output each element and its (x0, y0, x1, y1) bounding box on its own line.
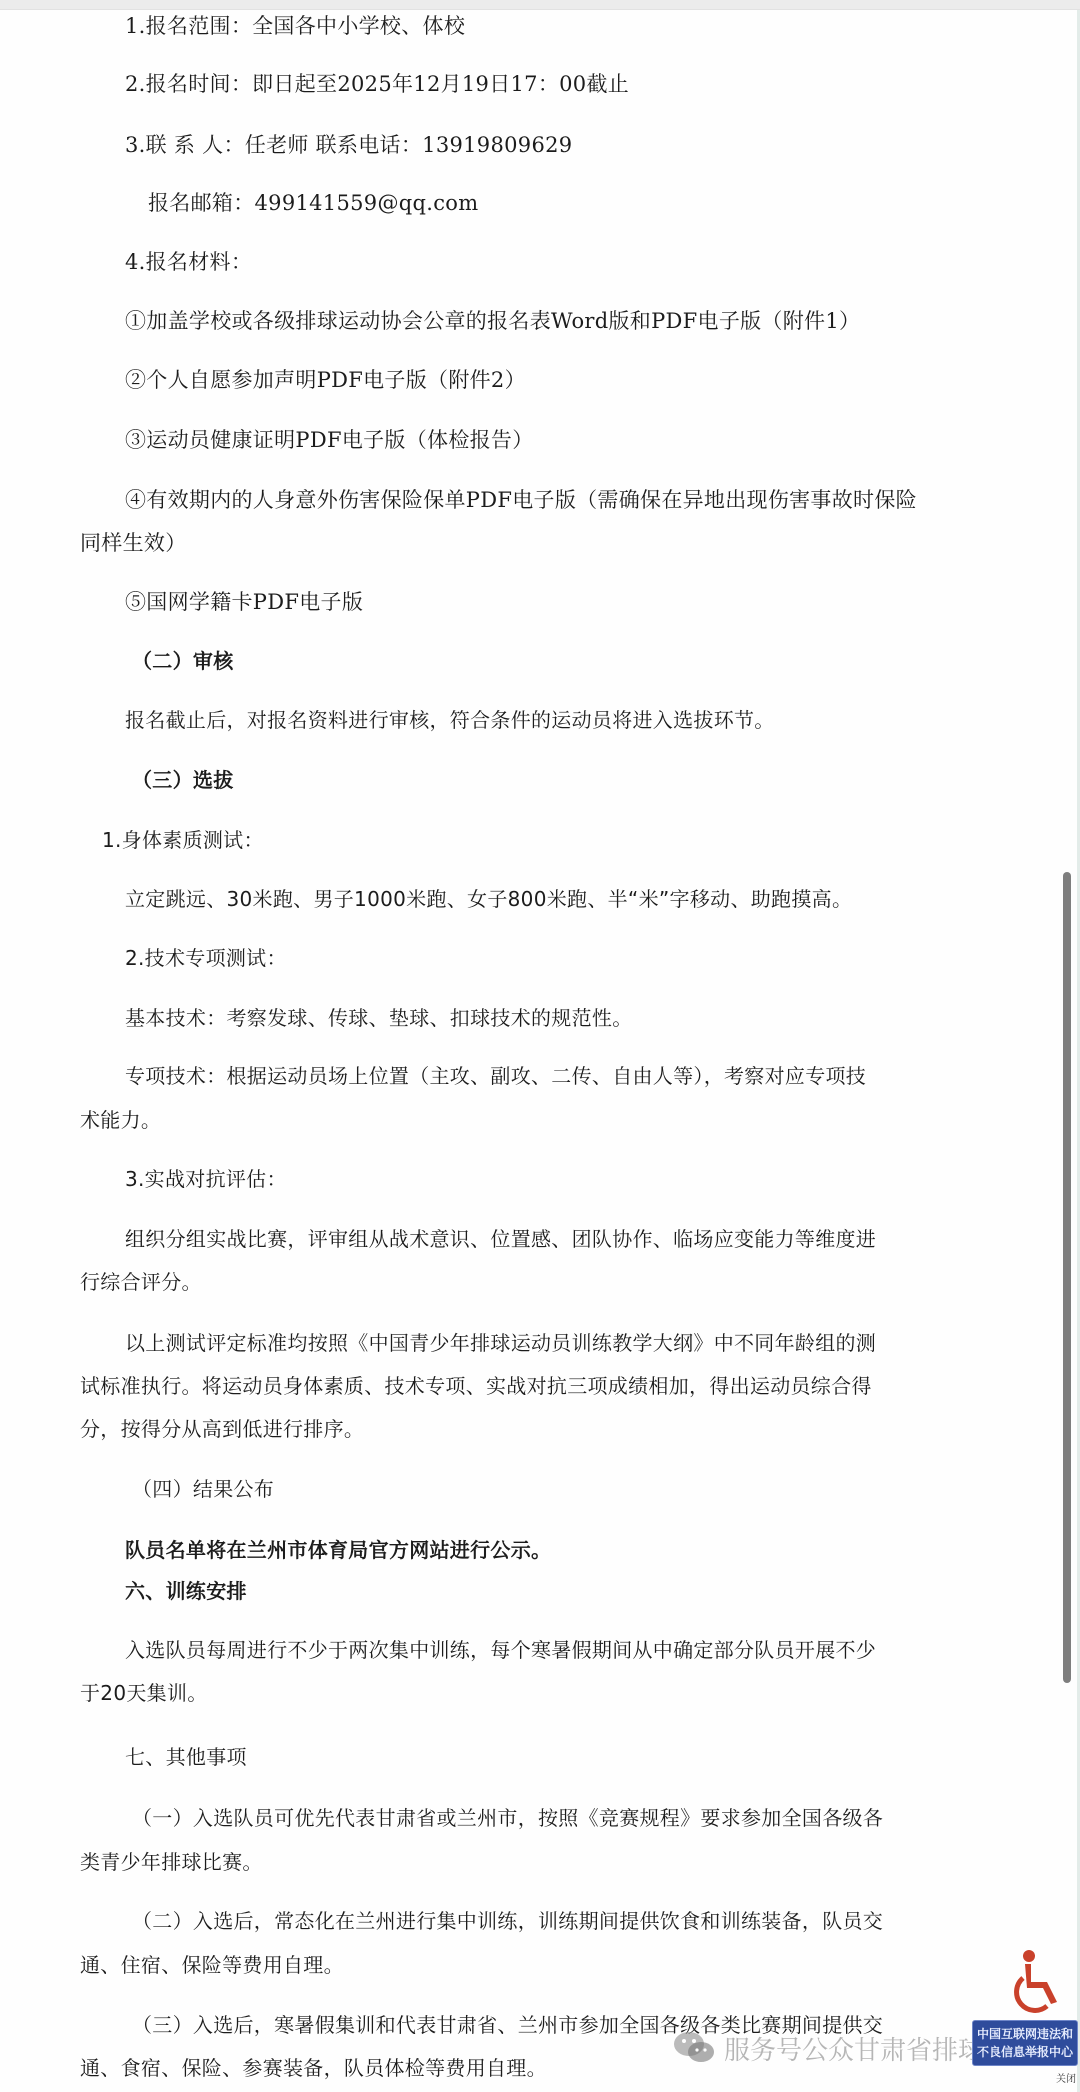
basic-skill-text: 基本技术：考察发球、传球、垫球、扣球技术的规范性。 (125, 1004, 633, 1032)
wechat-watermark: 服务号公众甘肃省排球 (672, 2028, 984, 2068)
section-heading-training: 六、训练安排 (125, 1577, 247, 1605)
skill-test-title: 2.技术专项测试： (125, 944, 287, 972)
reg-scope-line: 1.报名范围：全国各中小学校、体校 (125, 12, 465, 40)
training-text-1: 入选队员每周进行不少于两次集中训练，每个寒暑假期间从中确定部分队员开展不少 (125, 1636, 876, 1664)
match-eval-cont: 行综合评分。 (80, 1268, 202, 1296)
vertical-scrollbar[interactable] (1063, 872, 1071, 1683)
other-item-3-cont: 通、食宿、保险、参赛装备，队员体检等费用自理。 (80, 2054, 547, 2082)
wechat-icon (672, 2030, 716, 2066)
material-item-3: ③运动员健康证明PDF电子版（体检报告） (125, 426, 534, 454)
illegal-info-report-badge[interactable]: 中国互联网违法和 不良信息举报中心 (972, 2020, 1078, 2066)
match-eval-text: 组织分组实战比赛，评审组从战术意识、位置感、团队协作、临场应变能力等维度进 (125, 1225, 876, 1253)
material-item-5: ⑤国网学籍卡PDF电子版 (125, 588, 363, 616)
section-heading-other: 七、其他事项 (125, 1743, 247, 1771)
badge-close-button[interactable]: 关闭 (1056, 2070, 1076, 2085)
other-item-1: （一）入选队员可优先代表甘肃省或兰州市，按照《竞赛规程》要求参加全国各级各 (132, 1804, 883, 1832)
training-text-2: 于20天集训。 (80, 1679, 208, 1707)
email-line: 报名邮箱：499141559@qq.com (148, 189, 478, 217)
watermark-text: 服务号公众甘肃省排球 (724, 2030, 984, 2067)
contact-line: 3.联 系 人：任老师 联系电话：13919809629 (125, 131, 572, 159)
badge-line-1: 中国互联网违法和 (973, 2025, 1077, 2043)
accessibility-icon[interactable] (1005, 1948, 1067, 2020)
material-item-4: ④有效期内的人身意外伤害保险保单PDF电子版（需确保在异地出现伤害事故时保险 (125, 486, 917, 514)
match-eval-title: 3.实战对抗评估： (125, 1165, 287, 1193)
special-skill-cont: 术能力。 (80, 1106, 161, 1134)
result-text: 队员名单将在兰州市体育局官方网站进行公示。 (125, 1536, 551, 1564)
standard-text-3: 分，按得分从高到低进行排序。 (80, 1415, 364, 1443)
standard-text-2: 试标准执行。将运动员身体素质、技术专项、实战对抗三项成绩相加，得出运动员综合得 (80, 1372, 872, 1400)
top-strip (0, 0, 1080, 10)
physical-test-title: 1.身体素质测试： (102, 826, 264, 854)
other-item-2: （二）入选后，常态化在兰州进行集中训练，训练期间提供饮食和训练装备，队员交 (132, 1907, 883, 1935)
materials-title: 4.报名材料： (125, 248, 252, 276)
section-heading-selection: （三）选拔 (132, 766, 234, 794)
material-item-2: ②个人自愿参加声明PDF电子版（附件2） (125, 366, 526, 394)
other-item-1-cont: 类青少年排球比赛。 (80, 1848, 263, 1876)
material-item-1: ①加盖学校或各级排球运动协会公章的报名表Word版和PDF电子版（附件1） (125, 307, 860, 335)
section-heading-review: （二）审核 (132, 647, 234, 675)
section-heading-result: （四）结果公布 (132, 1475, 274, 1503)
material-item-4-cont: 同样生效） (80, 529, 187, 557)
physical-test-items: 立定跳远、30米跑、男子1000米跑、女子800米跑、半“米”字移动、助跑摸高。 (125, 885, 852, 913)
badge-line-2: 不良信息举报中心 (973, 2043, 1077, 2061)
reg-time-line: 2.报名时间：即日起至2025年12月19日17：00截止 (125, 70, 629, 98)
special-skill-text: 专项技术：根据运动员场上位置（主攻、副攻、二传、自由人等），考察对应专项技 (125, 1062, 866, 1090)
other-item-2-cont: 通、住宿、保险等费用自理。 (80, 1951, 344, 1979)
review-text: 报名截止后，对报名资料进行审核，符合条件的运动员将进入选拔环节。 (125, 706, 775, 734)
standard-text-1: 以上测试评定标准均按照《中国青少年排球运动员训练教学大纲》中不同年龄组的测 (125, 1329, 876, 1357)
